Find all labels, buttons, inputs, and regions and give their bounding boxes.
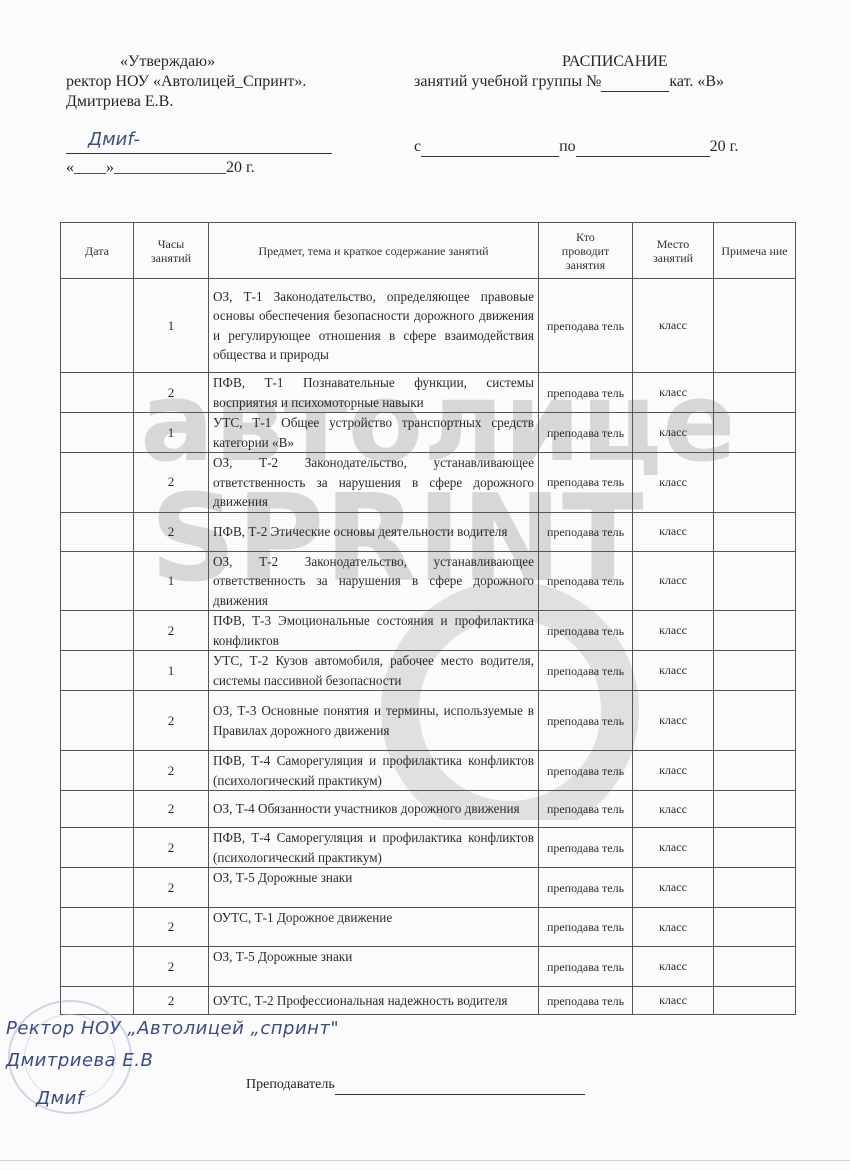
page-edge [0, 1160, 850, 1161]
place-cell: класс [633, 987, 714, 1015]
who-cell: преподава тель [539, 413, 633, 453]
handwritten-signature: Дмиf [36, 1088, 84, 1109]
col-topic: Предмет, тема и краткое содержание занят… [209, 223, 539, 279]
table-row: 1УТС, Т-2 Кузов автомобиля, рабочее мест… [61, 651, 796, 691]
who-cell: преподава тель [539, 908, 633, 947]
note-cell [714, 791, 796, 828]
hours-cell: 1 [134, 413, 209, 453]
handwritten-name: Дмитриева Е.В [6, 1050, 153, 1071]
topic-cell: ПФВ, Т-2 Этические основы деятельности в… [209, 512, 539, 551]
subtitle-suffix: кат. «В» [669, 73, 724, 90]
date-cell [61, 279, 134, 373]
place-cell: класс [633, 751, 714, 791]
hours-cell: 2 [134, 828, 209, 868]
topic-cell: ПФВ, Т-4 Саморегуляция и профилактика ко… [209, 751, 539, 791]
hours-cell: 1 [134, 279, 209, 373]
topic-cell: ОЗ, Т-5 Дорожные знаки [209, 947, 539, 987]
place-cell: класс [633, 947, 714, 987]
table-header-row: Дата Часы занятий Предмет, тема и кратко… [61, 223, 796, 279]
place-cell: класс [633, 868, 714, 908]
date-cell [61, 453, 134, 513]
note-cell [714, 373, 796, 413]
date-cell [61, 651, 134, 691]
date-cell [61, 868, 134, 908]
table-row: 2ОЗ, Т-5 Дорожные знакипреподава телькла… [61, 947, 796, 987]
topic-cell: ПФВ, Т-4 Саморегуляция и профилактика ко… [209, 828, 539, 868]
table-row: 2ПФВ, Т-4 Саморегуляция и профилактика к… [61, 828, 796, 868]
note-cell [714, 828, 796, 868]
hours-cell: 2 [134, 987, 209, 1015]
place-cell: класс [633, 828, 714, 868]
topic-cell: ОУТС, Т-2 Профессиональная надежность во… [209, 987, 539, 1015]
col-who: Кто проводит занятия [539, 223, 633, 279]
note-cell [714, 512, 796, 551]
table-row: 1ОЗ, Т-1 Законодательство, определяющее … [61, 279, 796, 373]
date-cell [61, 551, 134, 611]
period-from-label: с [414, 138, 421, 155]
who-cell: преподава тель [539, 611, 633, 651]
who-cell: преподава тель [539, 691, 633, 751]
hours-cell: 2 [134, 691, 209, 751]
period-from-field [421, 137, 559, 157]
note-cell [714, 453, 796, 513]
approval-rector: ректор НОУ «Автолицей_Спринт». [66, 72, 306, 91]
table-row: 2ПФВ, Т-4 Саморегуляция и профилактика к… [61, 751, 796, 791]
who-cell: преподава тель [539, 453, 633, 513]
place-cell: класс [633, 512, 714, 551]
table-row: 2ОЗ, Т-5 Дорожные знакипреподава телькла… [61, 868, 796, 908]
who-cell: преподава тель [539, 651, 633, 691]
approval-signature: Дмиf- [88, 129, 140, 150]
group-number-field [601, 72, 669, 92]
who-cell: преподава тель [539, 751, 633, 791]
approval-title: «Утверждаю» [120, 52, 215, 71]
who-cell: преподава тель [539, 373, 633, 413]
date-cell [61, 908, 134, 947]
date-cell [61, 413, 134, 453]
teacher-label: Преподаватель [246, 1077, 335, 1092]
note-cell [714, 947, 796, 987]
topic-cell: ОЗ, Т-5 Дорожные знаки [209, 868, 539, 908]
period-to-field [576, 137, 710, 157]
schedule-period: с по 20 г. [414, 137, 738, 157]
place-cell: класс [633, 908, 714, 947]
table-row: 2ОУТС, Т-1 Дорожное движениепреподава те… [61, 908, 796, 947]
col-note: Примеча ние [714, 223, 796, 279]
topic-cell: ОЗ, Т-1 Законодательство, определяющее п… [209, 279, 539, 373]
hours-cell: 1 [134, 551, 209, 611]
schedule-subtitle: занятий учебной группы № кат. «В» [414, 72, 724, 92]
note-cell [714, 908, 796, 947]
note-cell [714, 751, 796, 791]
place-cell: класс [633, 691, 714, 751]
date-cell [61, 611, 134, 651]
place-cell: класс [633, 791, 714, 828]
who-cell: преподава тель [539, 791, 633, 828]
table-row: 2ОЗ, Т-3 Основные понятия и термины, исп… [61, 691, 796, 751]
who-cell: преподава тель [539, 987, 633, 1015]
table-row: 2ПФВ, Т-3 Эмоциональные состояния и проф… [61, 611, 796, 651]
hours-cell: 2 [134, 373, 209, 413]
period-to-label: по [559, 138, 576, 155]
note-cell [714, 611, 796, 651]
date-cell [61, 828, 134, 868]
who-cell: преподава тель [539, 279, 633, 373]
who-cell: преподава тель [539, 551, 633, 611]
topic-cell: ПФВ, Т-3 Эмоциональные состояния и профи… [209, 611, 539, 651]
who-cell: преподава тель [539, 512, 633, 551]
approval-name: Дмитриева Е.В. [66, 92, 173, 111]
subtitle-prefix: занятий учебной группы № [414, 73, 601, 90]
approval-date-line: «____»______________20 г. [66, 158, 255, 177]
date-cell [61, 373, 134, 413]
date-cell [61, 691, 134, 751]
note-cell [714, 987, 796, 1015]
hours-cell: 1 [134, 651, 209, 691]
date-cell [61, 947, 134, 987]
place-cell: класс [633, 551, 714, 611]
topic-cell: ОЗ, Т-4 Обязанности участников дорожного… [209, 791, 539, 828]
table-row: 2ПФВ, Т-2 Этические основы деятельности … [61, 512, 796, 551]
col-place: Место занятий [633, 223, 714, 279]
schedule-title: РАСПИСАНИЕ [562, 52, 668, 71]
table-row: 2ОУТС, Т-2 Профессиональная надежность в… [61, 987, 796, 1015]
topic-cell: УТС, Т-2 Кузов автомобиля, рабочее место… [209, 651, 539, 691]
who-cell: преподава тель [539, 868, 633, 908]
note-cell [714, 413, 796, 453]
table-body: 1ОЗ, Т-1 Законодательство, определяющее … [61, 279, 796, 1015]
note-cell [714, 651, 796, 691]
topic-cell: ПФВ, Т-1 Познавательные функции, системы… [209, 373, 539, 413]
note-cell [714, 551, 796, 611]
table-row: 1УТС, Т-1 Общее устройство транспортных … [61, 413, 796, 453]
teacher-signature-row: Преподаватель [246, 1075, 585, 1095]
topic-cell: УТС, Т-1 Общее устройство транспортных с… [209, 413, 539, 453]
place-cell: класс [633, 453, 714, 513]
who-cell: преподава тель [539, 947, 633, 987]
who-cell: преподава тель [539, 828, 633, 868]
approval-signature-line: Дмиf- [66, 135, 332, 154]
topic-cell: ОЗ, Т-3 Основные понятия и термины, испо… [209, 691, 539, 751]
col-hours: Часы занятий [134, 223, 209, 279]
col-date: Дата [61, 223, 134, 279]
topic-cell: ОЗ, Т-2 Законодательство, устанавливающе… [209, 453, 539, 513]
hours-cell: 2 [134, 791, 209, 828]
place-cell: класс [633, 611, 714, 651]
schedule-table: Дата Часы занятий Предмет, тема и кратко… [60, 222, 796, 1015]
table-row: 2ОЗ, Т-4 Обязанности участников дорожног… [61, 791, 796, 828]
note-cell [714, 691, 796, 751]
place-cell: класс [633, 651, 714, 691]
handwritten-rector: Ректор НОУ „Автолицей „спринт" [6, 1018, 339, 1039]
place-cell: класс [633, 373, 714, 413]
hours-cell: 2 [134, 947, 209, 987]
note-cell [714, 279, 796, 373]
hours-cell: 2 [134, 611, 209, 651]
period-year: 20 г. [710, 138, 739, 155]
table-row: 2ОЗ, Т-2 Законодательство, устанавливающ… [61, 453, 796, 513]
hours-cell: 2 [134, 512, 209, 551]
table-row: 1ОЗ, Т-2 Законодательство, устанавливающ… [61, 551, 796, 611]
place-cell: класс [633, 279, 714, 373]
teacher-signature-field [335, 1075, 585, 1095]
hours-cell: 2 [134, 453, 209, 513]
date-cell [61, 791, 134, 828]
hours-cell: 2 [134, 751, 209, 791]
topic-cell: ОЗ, Т-2 Законодательство, устанавливающе… [209, 551, 539, 611]
hours-cell: 2 [134, 868, 209, 908]
place-cell: класс [633, 413, 714, 453]
topic-cell: ОУТС, Т-1 Дорожное движение [209, 908, 539, 947]
note-cell [714, 868, 796, 908]
date-cell [61, 512, 134, 551]
table-row: 2ПФВ, Т-1 Познавательные функции, систем… [61, 373, 796, 413]
hours-cell: 2 [134, 908, 209, 947]
date-cell [61, 751, 134, 791]
